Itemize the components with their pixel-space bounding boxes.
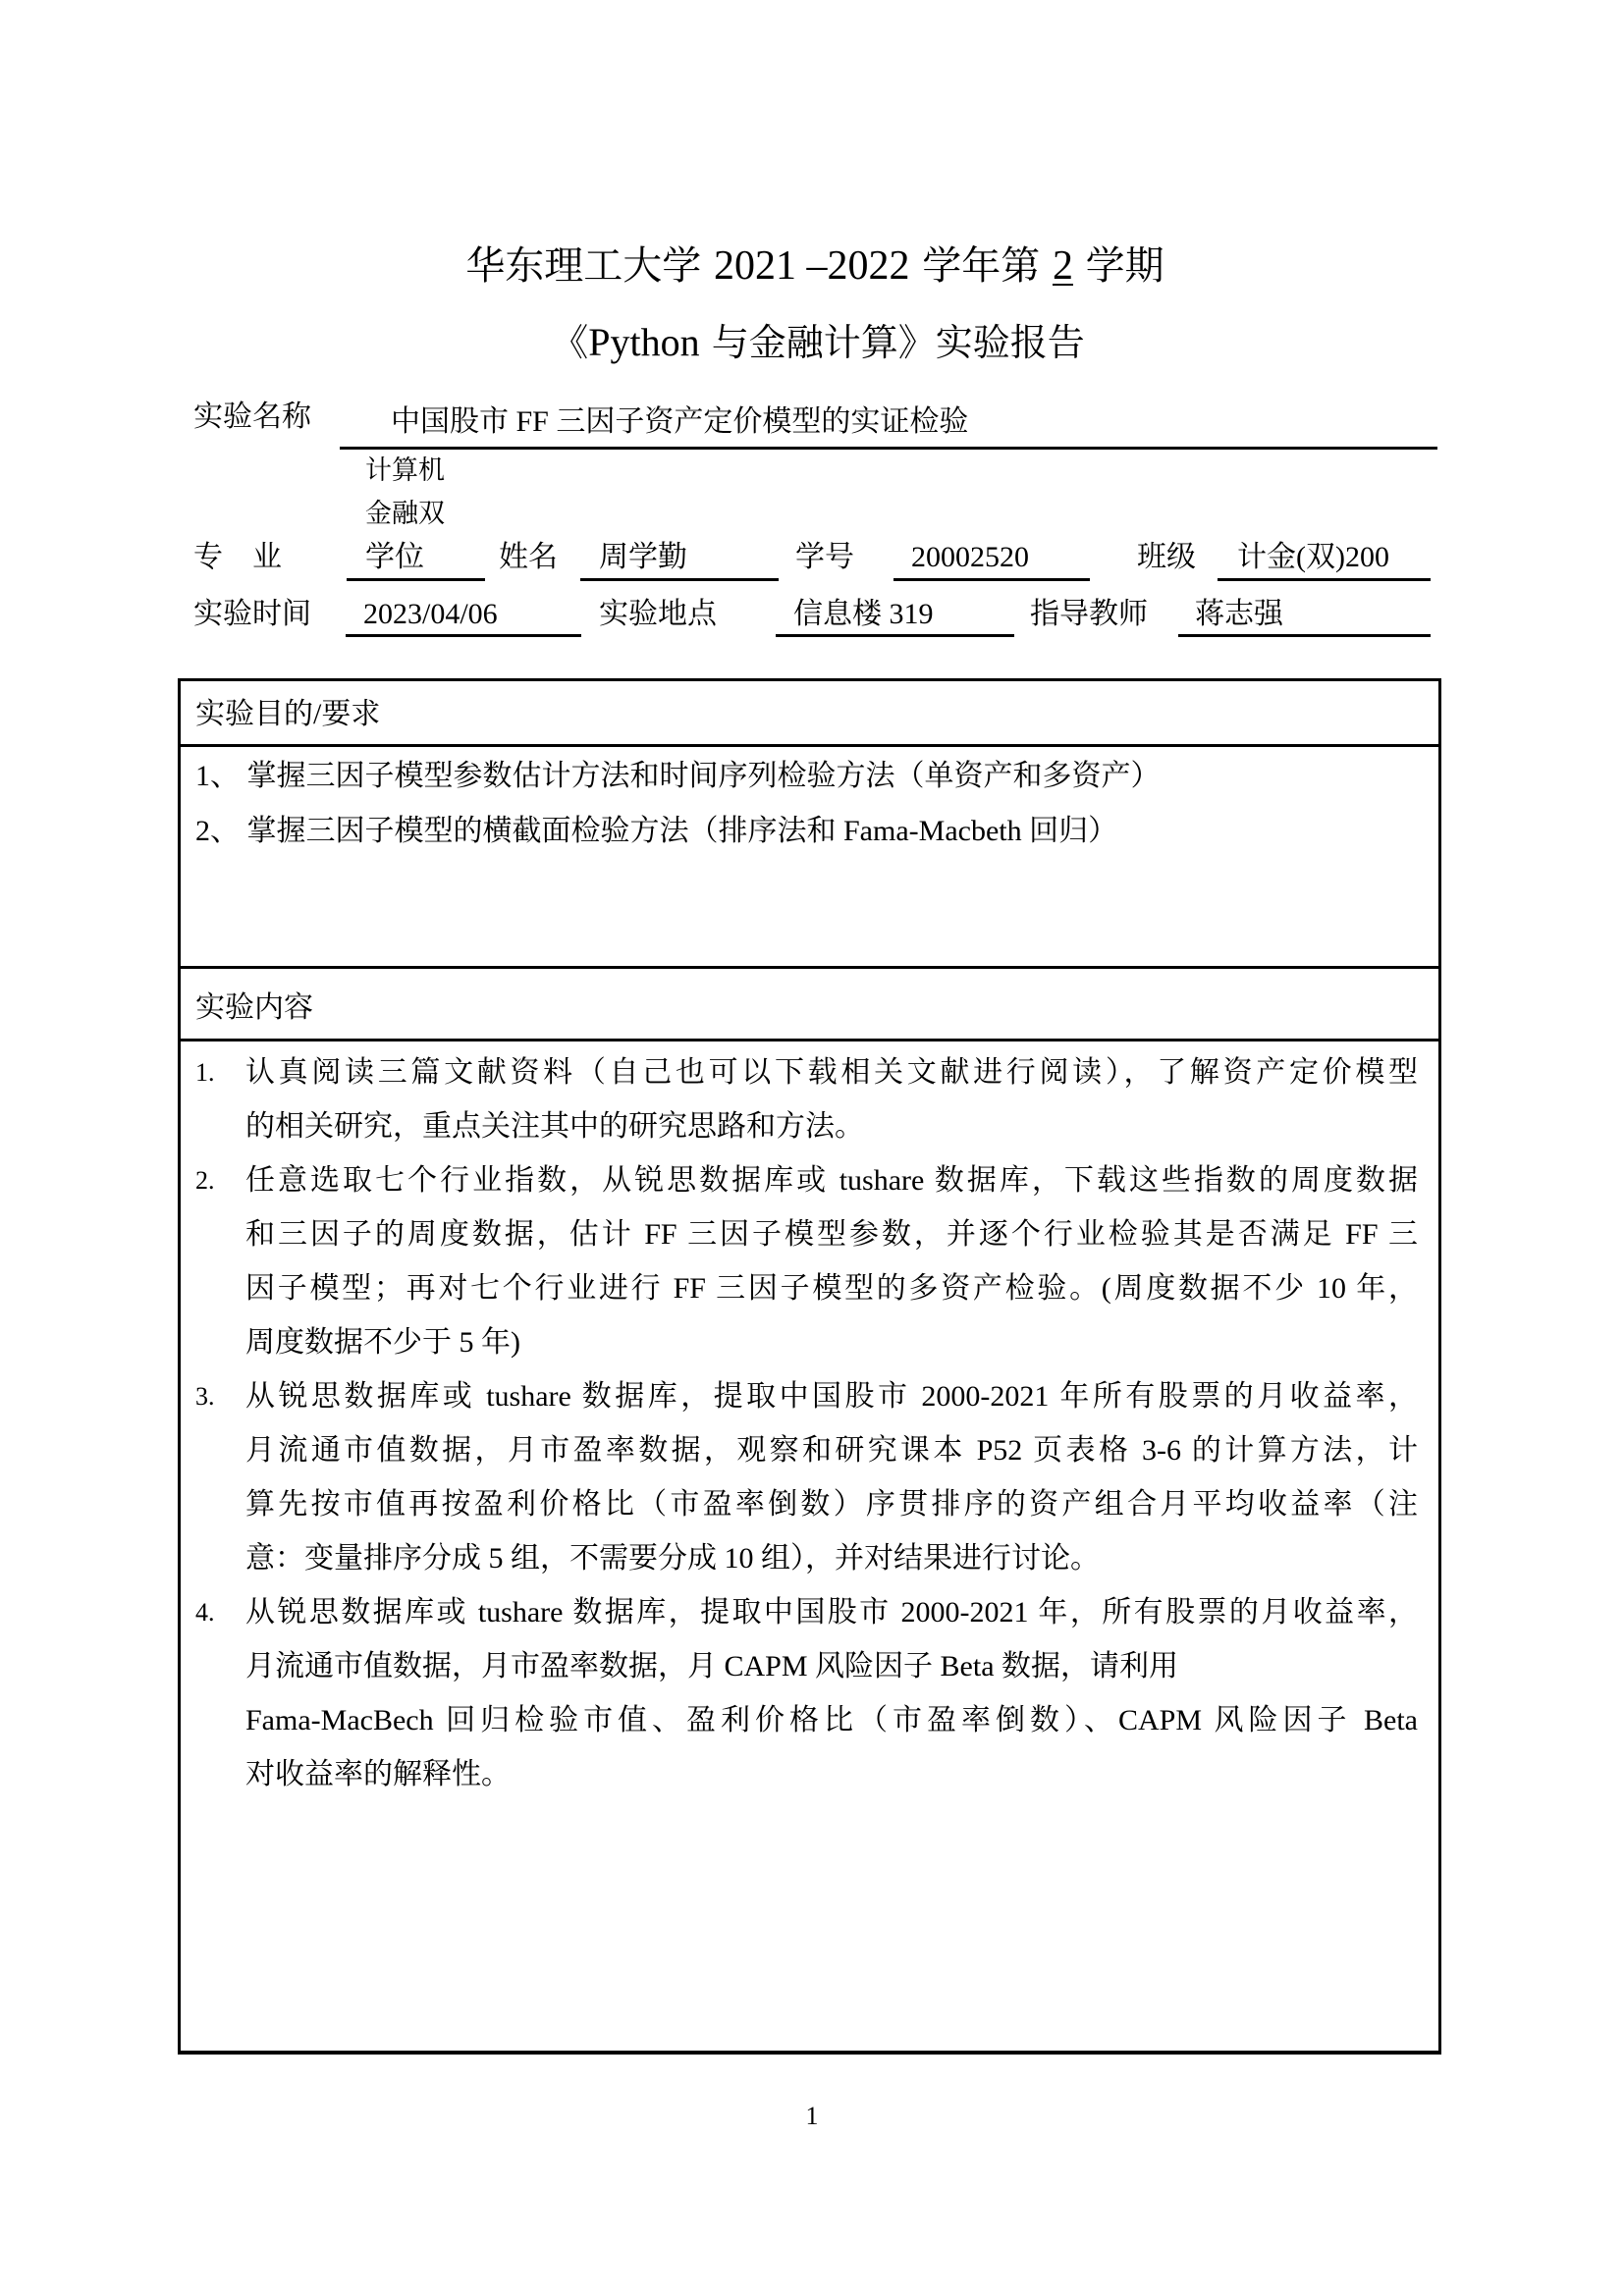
content-item-4-number: 4.	[195, 1593, 215, 1632]
time-label: 实验时间	[193, 595, 311, 634]
title-mid: 学年第	[910, 243, 1053, 289]
subtitle-report: 实验报告	[936, 321, 1085, 364]
time-value: 2023/04/06	[363, 595, 498, 634]
content-heading: 实验内容	[195, 988, 313, 1028]
content-item-1-line-2: 的相关研究，重点关注其中的研究思路和方法。	[245, 1107, 1418, 1147]
student-id-label: 学号	[795, 538, 854, 577]
subtitle-course-latin: Python	[588, 320, 699, 364]
student-id-underline	[893, 578, 1090, 581]
title-university: 华东理工大学	[465, 243, 714, 289]
content-item-3-line-3: 算先按市值再按盈利价格比（市盈率倒数）序贯排序的资产组合月平均收益率（注	[245, 1485, 1418, 1524]
location-underline	[776, 634, 1014, 637]
report-title: 华东理工大学 2021 –2022 学年第 2 学期	[0, 241, 1624, 291]
major-value-line-2: 金融双	[365, 497, 445, 532]
content-item-1-line-1: 认真阅读三篇文献资料（自己也可以下载相关文献进行阅读），了解资产定价模型	[245, 1053, 1418, 1093]
report-table: 实验目的/要求 1、 掌握三因子模型参数估计方法和时间序列检验方法（单资产和多资…	[178, 678, 1441, 2055]
content-item-3-line-1: 从锐思数据库或 tushare 数据库，提取中国股市 2000-2021 年所有…	[245, 1377, 1418, 1416]
student-id-value: 20002520	[911, 538, 1029, 577]
title-suffix: 学期	[1073, 243, 1164, 289]
major-value-line-1: 计算机	[365, 454, 445, 489]
name-underline	[580, 578, 779, 581]
location-value: 信息楼 319	[793, 595, 934, 634]
content-item-3-line-4: 意：变量排序分成 5 组，不需要分成 10 组），并对结果进行讨论。	[245, 1539, 1418, 1578]
report-subtitle: 《Python 与金融计算》实验报告	[0, 318, 1624, 367]
content-item-1-number: 1.	[195, 1053, 215, 1093]
content-item-2-line-4: 周度数据不少于 5 年)	[245, 1323, 1418, 1362]
location-label: 实验地点	[599, 595, 717, 634]
content-divider	[181, 1039, 1438, 1041]
subtitle-course-cn: 与金融计算》	[700, 321, 936, 364]
teacher-underline	[1178, 634, 1431, 637]
time-underline	[346, 634, 581, 637]
content-item-2-line-1: 任意选取七个行业指数，从锐思数据库或 tushare 数据库，下载这些指数的周度…	[245, 1161, 1418, 1201]
exp-name-label: 实验名称	[193, 398, 311, 437]
class-underline	[1218, 578, 1431, 581]
content-item-4-line-1: 从锐思数据库或 tushare 数据库，提取中国股市 2000-2021 年，所…	[245, 1593, 1418, 1632]
content-item-3-line-2: 月流通市值数据，月市盈率数据，观察和研究课本 P52 页表格 3-6 的计算方法…	[245, 1431, 1418, 1470]
page-number: 1	[0, 2099, 1624, 2134]
content-item-2-number: 2.	[195, 1161, 215, 1201]
content-item-2-line-3: 因子模型；再对七个行业进行 FF 三因子模型的多资产检验。(周度数据不少 10 …	[245, 1269, 1418, 1308]
name-label: 姓名	[499, 538, 558, 577]
title-term: 2	[1053, 243, 1073, 289]
content-item-3-number: 3.	[195, 1377, 215, 1416]
purpose-item-1: 1、 掌握三因子模型参数估计方法和时间序列检验方法（单资产和多资产）	[195, 757, 1161, 796]
subtitle-open: 《	[551, 321, 588, 364]
content-item-2-line-2: 和三因子的周度数据，估计 FF 三因子模型参数，并逐个行业检验其是否满足 FF …	[245, 1215, 1418, 1255]
section-divider	[181, 966, 1438, 969]
major-label: 专 业	[193, 538, 282, 577]
exp-name-underline	[340, 447, 1437, 450]
teacher-label: 指导教师	[1030, 595, 1148, 634]
exp-name-value: 中国股市 FF 三因子资产定价模型的实证检验	[391, 402, 968, 442]
major-value-line-3: 学位	[365, 538, 424, 577]
purpose-item-2: 2、 掌握三因子模型的横截面检验方法（排序法和 Fama-Macbeth 回归）	[195, 812, 1117, 851]
content-item-4-line-3: Fama-MacBech 回归检验市值、盈利价格比（市盈率倒数）、CAPM 风险…	[245, 1701, 1418, 1740]
class-value: 计金(双)200	[1237, 538, 1389, 577]
content-item-4-line-2: 月流通市值数据，月市盈率数据，月 CAPM 风险因子 Beta 数据，请利用	[245, 1647, 1418, 1686]
title-years: 2021 –2022	[714, 243, 910, 289]
purpose-divider	[181, 744, 1438, 747]
content-item-4-line-4: 对收益率的解释性。	[245, 1755, 1418, 1794]
class-label: 班级	[1137, 538, 1196, 577]
teacher-value: 蒋志强	[1195, 595, 1283, 634]
purpose-heading: 实验目的/要求	[195, 695, 380, 734]
major-underline	[347, 578, 485, 581]
name-value: 周学勤	[599, 538, 687, 577]
